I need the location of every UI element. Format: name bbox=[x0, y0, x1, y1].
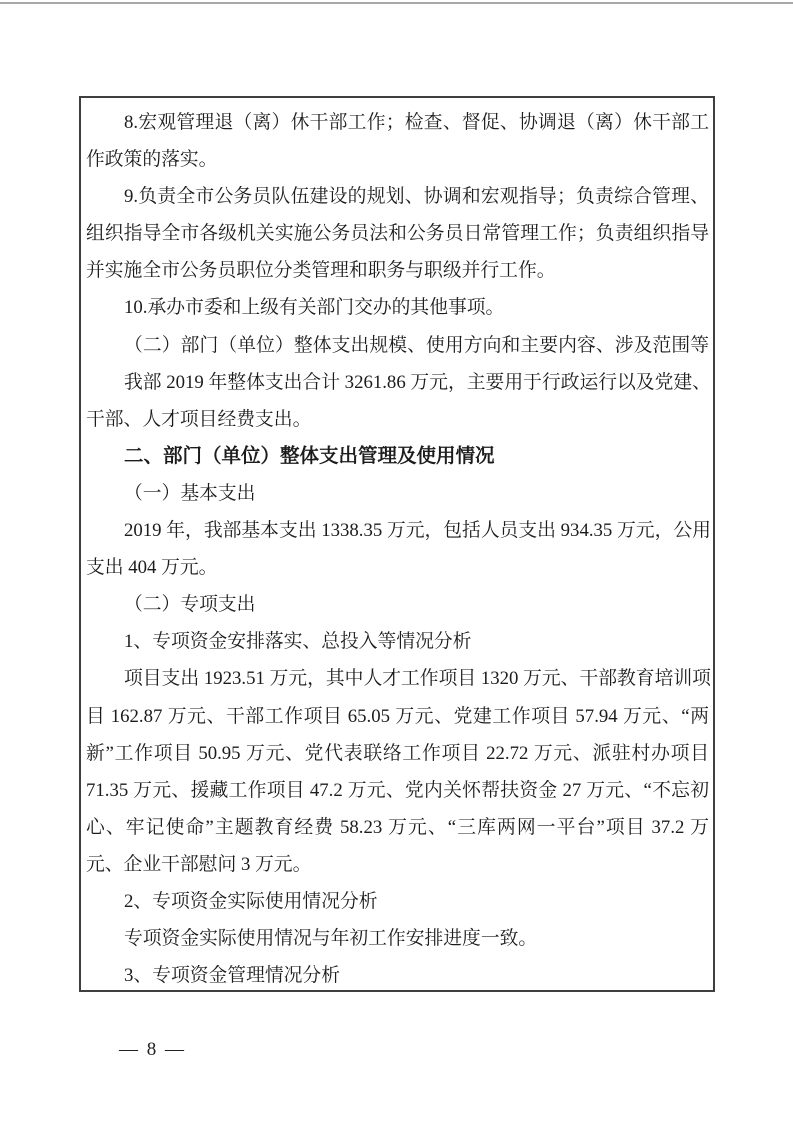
text-line: 我部 2019 年整体支出合计 3261.86 万元，主要用于行政运行以及党建、 bbox=[86, 364, 709, 401]
scan-edge-line bbox=[0, 2, 793, 4]
text-line: （二）部门（单位）整体支出规模、使用方向和主要内容、涉及范围等 bbox=[86, 327, 709, 364]
text-line: （二）专项支出 bbox=[86, 586, 709, 623]
text-line: 2、专项资金实际使用情况分析 bbox=[86, 883, 709, 920]
text-line: 9.负责全市公务员队伍建设的规划、协调和宏观指导；负责综合管理、 bbox=[86, 178, 709, 215]
text-line: 2019 年，我部基本支出 1338.35 万元，包括人员支出 934.35 万… bbox=[86, 512, 709, 549]
text-line: 作政策的落实。 bbox=[86, 141, 709, 178]
text-line: 1、专项资金安排落实、总投入等情况分析 bbox=[86, 623, 709, 660]
document-page: 8.宏观管理退（离）休干部工作；检查、督促、协调退（离）休干部工作政策的落实。9… bbox=[0, 0, 793, 1122]
document-body: 8.宏观管理退（离）休干部工作；检查、督促、协调退（离）休干部工作政策的落实。9… bbox=[86, 104, 709, 994]
text-line: 干部、人才项目经费支出。 bbox=[86, 401, 709, 438]
text-line: 10.承办市委和上级有关部门交办的其他事项。 bbox=[86, 289, 709, 326]
text-line: 3、专项资金管理情况分析 bbox=[86, 957, 709, 994]
text-line: 并实施全市公务员职位分类管理和职务与职级并行工作。 bbox=[86, 252, 709, 289]
text-line: 项目支出 1923.51 万元，其中人才工作项目 1320 万元、干部教育培训项 bbox=[86, 660, 709, 697]
text-line: 支出 404 万元。 bbox=[86, 549, 709, 586]
text-line: 组织指导全市各级机关实施公务员法和公务员日常管理工作；负责组织指导 bbox=[86, 215, 709, 252]
text-line: 71.35 万元、援藏工作项目 47.2 万元、党内关怀帮扶资金 27 万元、“… bbox=[86, 772, 709, 809]
text-line: 心、牢记使命”主题教育经费 58.23 万元、“三库两网一平台”项目 37.2 … bbox=[86, 809, 709, 846]
page-number: — 8 — bbox=[119, 1036, 186, 1064]
text-border-box: 8.宏观管理退（离）休干部工作；检查、督促、协调退（离）休干部工作政策的落实。9… bbox=[79, 96, 715, 992]
text-line: 新”工作项目 50.95 万元、党代表联络工作项目 22.72 万元、派驻村办项… bbox=[86, 735, 709, 772]
text-line: 8.宏观管理退（离）休干部工作；检查、督促、协调退（离）休干部工 bbox=[86, 104, 709, 141]
section-heading: 二、部门（单位）整体支出管理及使用情况 bbox=[86, 438, 709, 475]
text-line: 元、企业干部慰问 3 万元。 bbox=[86, 846, 709, 883]
text-line: 目 162.87 万元、干部工作项目 65.05 万元、党建工作项目 57.94… bbox=[86, 698, 709, 735]
text-line: （一）基本支出 bbox=[86, 475, 709, 512]
text-line: 专项资金实际使用情况与年初工作安排进度一致。 bbox=[86, 920, 709, 957]
